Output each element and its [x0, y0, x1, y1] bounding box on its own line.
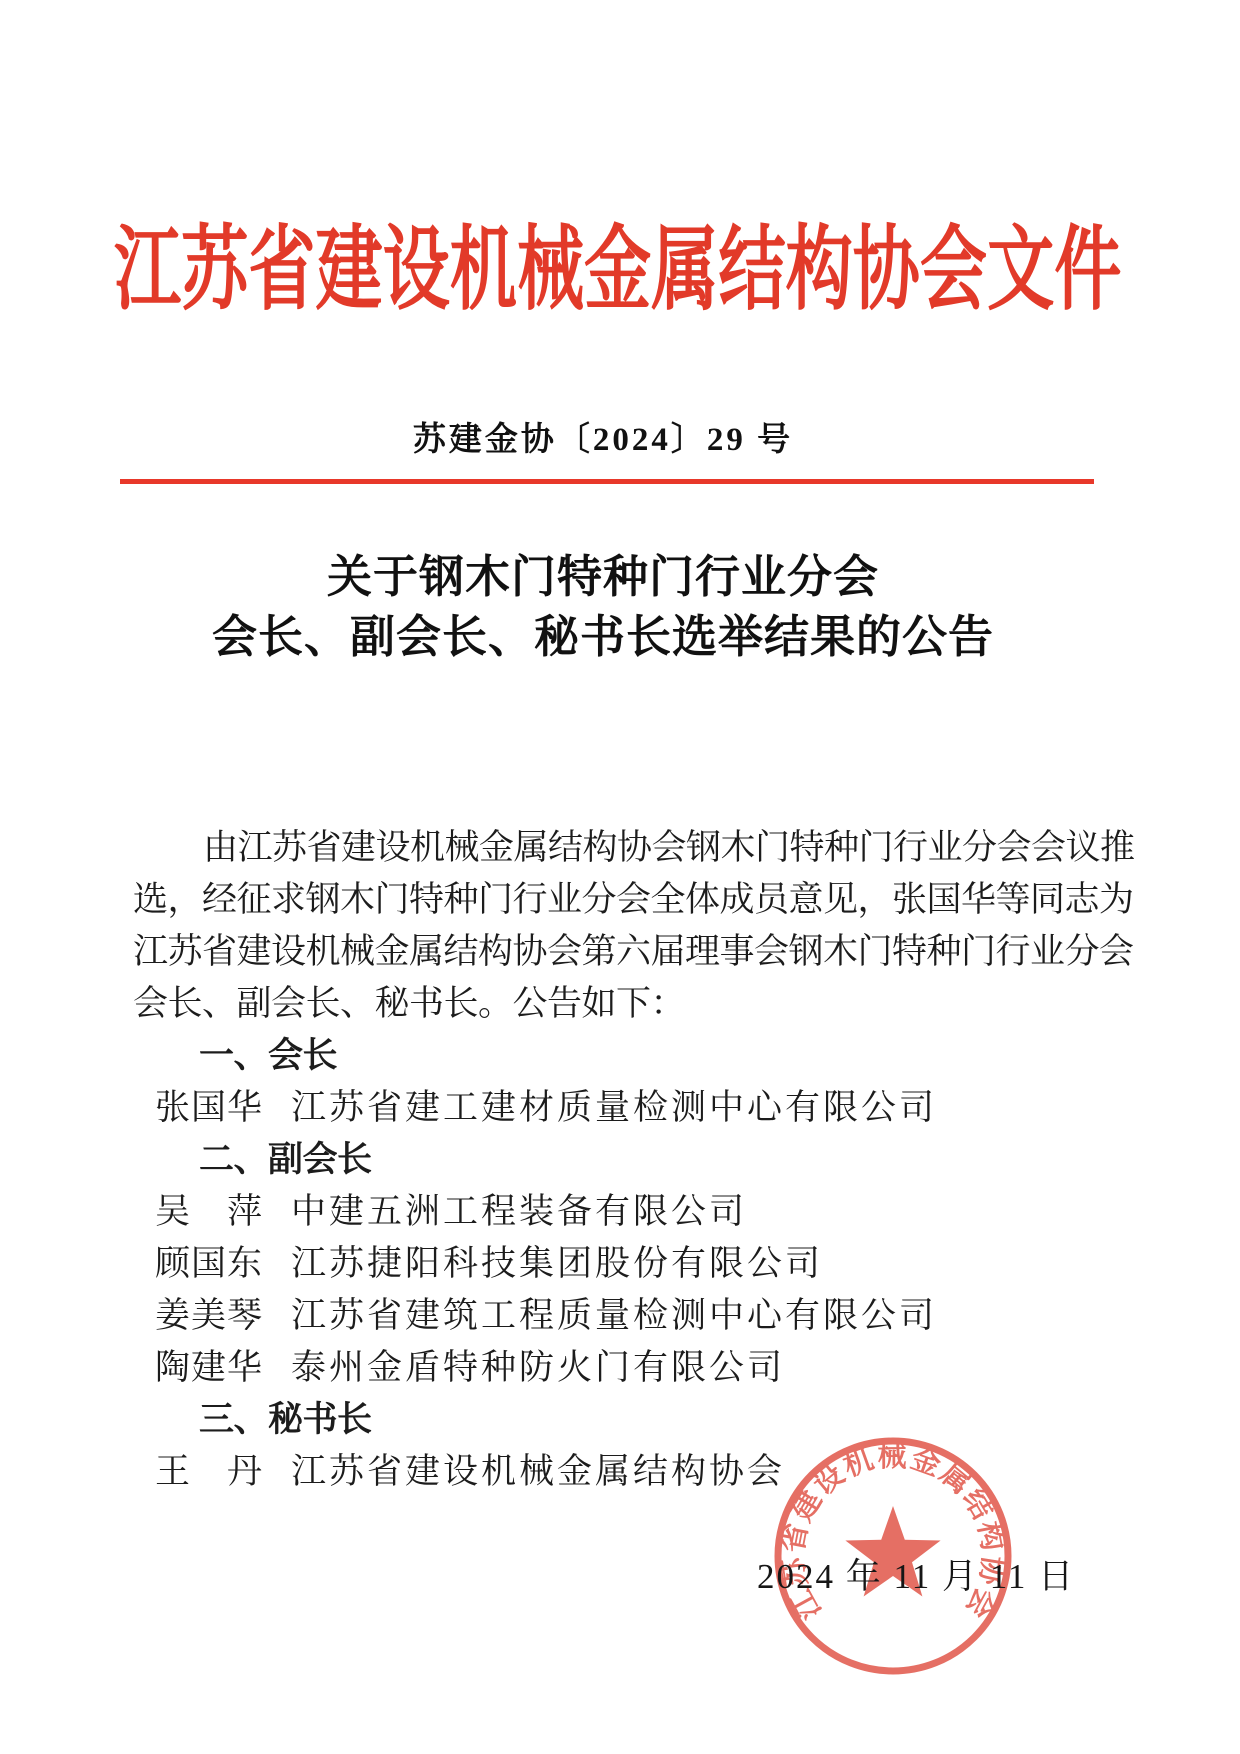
- member-name: 吴 萍: [155, 1186, 291, 1238]
- body-line: 由江苏省建设机械金属结构协会钢木门特种门行业分会会议推: [133, 822, 1078, 874]
- member-row: 陶建华 泰州金盾特种防火门有限公司: [133, 1342, 1078, 1394]
- member-company: 中建五洲工程装备有限公司: [291, 1186, 747, 1238]
- document-body: 由江苏省建设机械金属结构协会钢木门特种门行业分会会议推 选，经征求钢木门特种门行…: [133, 822, 1078, 1498]
- member-company: 泰州金盾特种防火门有限公司: [291, 1342, 785, 1394]
- body-line: 选，经征求钢木门特种门行业分会全体成员意见，张国华等同志为: [133, 874, 1078, 926]
- document-page: 江苏省建设机械金属结构协会文件 苏建金协〔2024〕29 号 关于钢木门特种门行…: [0, 0, 1240, 1754]
- red-letterhead-title: 江苏省建设机械金属结构协会文件: [114, 196, 1121, 328]
- doc-number: 苏建金协〔2024〕29 号: [133, 413, 1073, 460]
- issue-date: 2024 年 11 月 11 日: [757, 1549, 1075, 1599]
- member-company: 江苏省建工建材质量检测中心有限公司: [291, 1082, 937, 1134]
- member-company: 江苏捷阳科技集团股份有限公司: [291, 1238, 823, 1290]
- member-company: 江苏省建设机械金属结构协会: [291, 1446, 785, 1498]
- document-title: 关于钢木门特种门行业分会 会长、副会长、秘书长选举结果的公告: [133, 547, 1073, 667]
- section-heading-chairman: 一、会长: [133, 1030, 1078, 1082]
- body-line: 江苏省建设机械金属结构协会第六届理事会钢木门特种门行业分会: [133, 926, 1078, 978]
- member-row: 顾国东 江苏捷阳科技集团股份有限公司: [133, 1238, 1078, 1290]
- section-heading-vice-chairmen: 二、副会长: [133, 1134, 1078, 1186]
- document-title-line2: 会长、副会长、秘书长选举结果的公告: [133, 607, 1073, 667]
- member-company: 江苏省建筑工程质量检测中心有限公司: [291, 1290, 937, 1342]
- member-name: 顾国东: [155, 1238, 291, 1290]
- member-name: 王 丹: [155, 1446, 291, 1498]
- member-row: 姜美琴 江苏省建筑工程质量检测中心有限公司: [133, 1290, 1078, 1342]
- body-line: 会长、副会长、秘书长。公告如下：: [133, 978, 1078, 1030]
- red-divider-rule: [120, 479, 1094, 484]
- document-title-line1: 关于钢木门特种门行业分会: [133, 547, 1073, 607]
- member-row: 张国华 江苏省建工建材质量检测中心有限公司: [133, 1082, 1078, 1134]
- member-name: 陶建华: [155, 1342, 291, 1394]
- member-name: 姜美琴: [155, 1290, 291, 1342]
- member-row: 吴 萍 中建五洲工程装备有限公司: [133, 1186, 1078, 1238]
- member-name: 张国华: [155, 1082, 291, 1134]
